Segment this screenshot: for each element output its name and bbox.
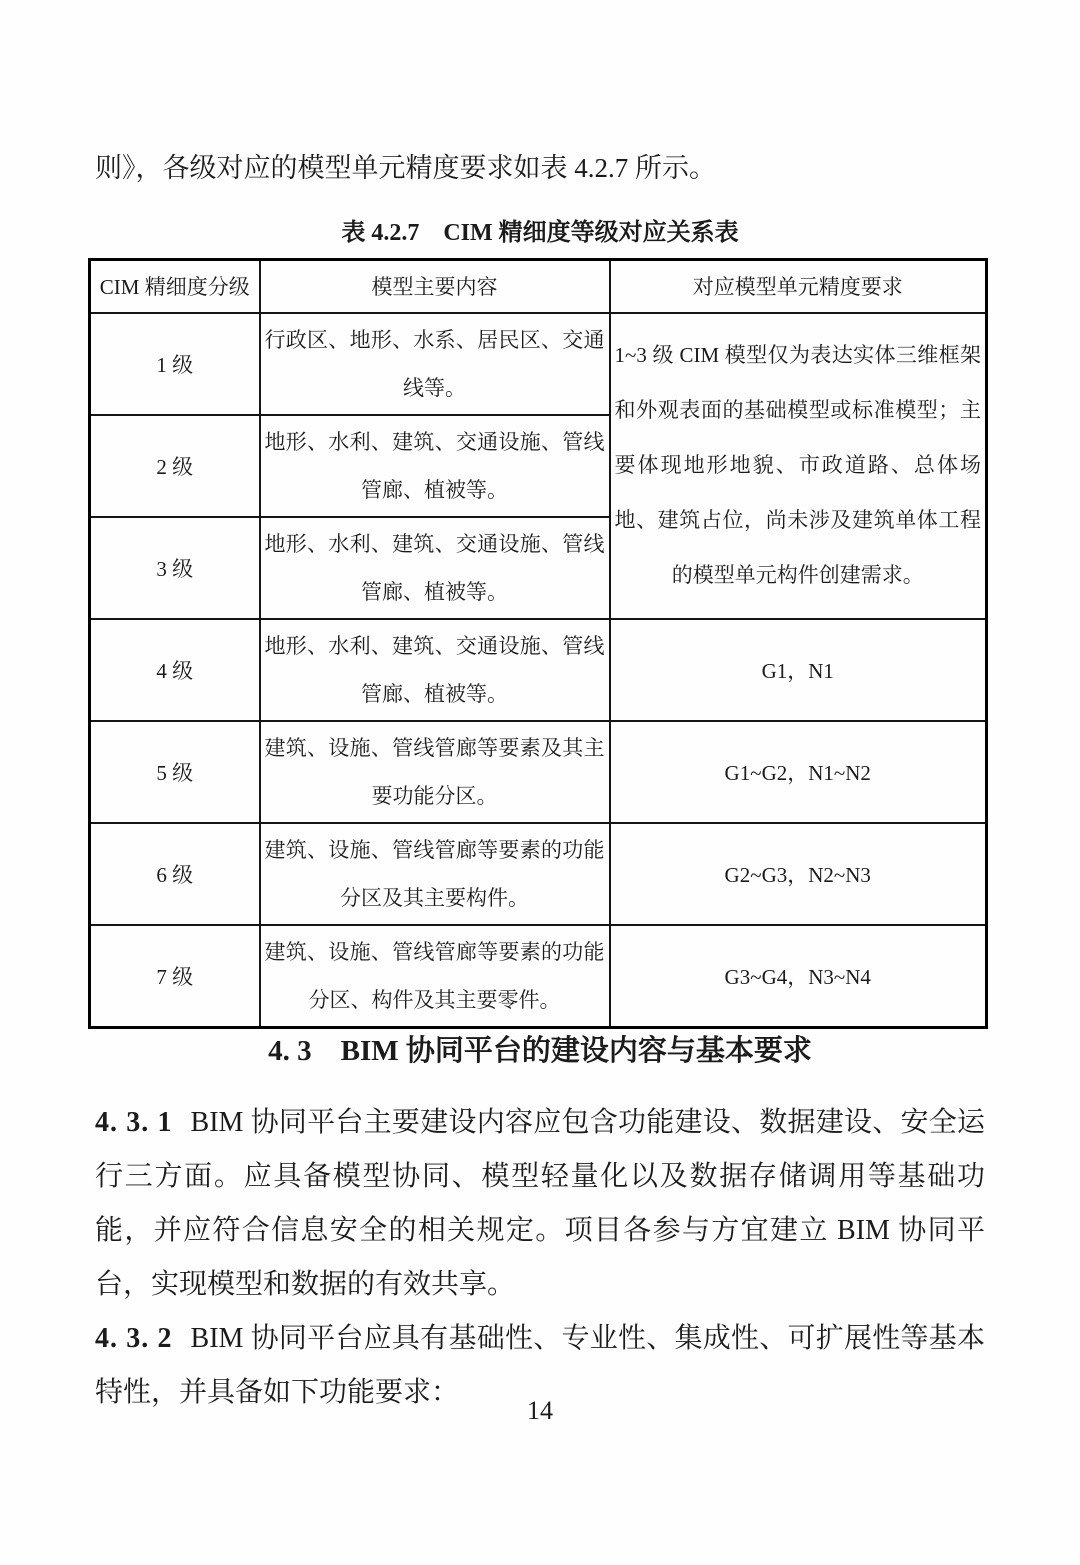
- merged-requirement-cell: 1~3 级 CIM 模型仅为表达实体三维框架和外观表面的基础模型或标准模型；主要…: [610, 313, 987, 619]
- requirement-cell: G3~G4，N3~N4: [610, 925, 987, 1028]
- content-cell: 地形、水利、建筑、交通设施、管线管廊、植被等。: [260, 415, 610, 517]
- table-row-level-7: 7 级 建筑、设施、管线管廊等要素的功能分区、构件及其主要零件。 G3~G4，N…: [90, 925, 987, 1028]
- document-page: 则》，各级对应的模型单元精度要求如表 4.2.7 所示。 表 4.2.7 CIM…: [0, 0, 1080, 1565]
- paragraph-number: 4. 3. 2: [95, 1323, 191, 1354]
- paragraph-4-3-1: 4. 3. 1BIM 协同平台主要建设内容应包含功能建设、数据建设、安全运行三方…: [95, 1096, 985, 1312]
- content-cell: 建筑、设施、管线管廊等要素的功能分区及其主要构件。: [260, 823, 610, 925]
- content-cell: 行政区、地形、水系、居民区、交通线等。: [260, 313, 610, 415]
- content-cell: 地形、水利、建筑、交通设施、管线管廊、植被等。: [260, 619, 610, 721]
- header-cell-content: 模型主要内容: [260, 260, 610, 313]
- header-cell-level: CIM 精细度分级: [90, 260, 260, 313]
- requirement-cell: G1，N1: [610, 619, 987, 721]
- page-number: 14: [0, 1396, 1080, 1426]
- section-heading: 4. 3 BIM 协同平台的建设内容与基本要求: [0, 1028, 1080, 1069]
- requirement-cell: G2~G3，N2~N3: [610, 823, 987, 925]
- level-cell: 7 级: [90, 925, 260, 1028]
- table-header-row: CIM 精细度分级 模型主要内容 对应模型单元精度要求: [90, 260, 987, 313]
- body-text-block: 4. 3. 1BIM 协同平台主要建设内容应包含功能建设、数据建设、安全运行三方…: [95, 1096, 985, 1420]
- level-cell: 6 级: [90, 823, 260, 925]
- table-row-level-5: 5 级 建筑、设施、管线管廊等要素及其主要功能分区。 G1~G2，N1~N2: [90, 721, 987, 823]
- content-cell: 地形、水利、建筑、交通设施、管线管廊、植被等。: [260, 517, 610, 619]
- level-cell: 5 级: [90, 721, 260, 823]
- level-cell: 3 级: [90, 517, 260, 619]
- level-cell: 4 级: [90, 619, 260, 721]
- content-cell: 建筑、设施、管线管廊等要素及其主要功能分区。: [260, 721, 610, 823]
- header-cell-requirement: 对应模型单元精度要求: [610, 260, 987, 313]
- table-row-level-1: 1 级 行政区、地形、水系、居民区、交通线等。 1~3 级 CIM 模型仅为表达…: [90, 313, 987, 415]
- content-cell: 建筑、设施、管线管廊等要素的功能分区、构件及其主要零件。: [260, 925, 610, 1028]
- table-title: 表 4.2.7 CIM 精细度等级对应关系表: [0, 212, 1080, 247]
- level-cell: 1 级: [90, 313, 260, 415]
- table-row-level-6: 6 级 建筑、设施、管线管廊等要素的功能分区及其主要构件。 G2~G3，N2~N…: [90, 823, 987, 925]
- paragraph-text: BIM 协同平台主要建设内容应包含功能建设、数据建设、安全运行三方面。应具备模型…: [95, 1107, 985, 1300]
- requirement-cell: G1~G2，N1~N2: [610, 721, 987, 823]
- cim-table: CIM 精细度分级 模型主要内容 对应模型单元精度要求 1 级 行政区、地形、水…: [88, 258, 988, 1029]
- paragraph-number: 4. 3. 1: [95, 1107, 191, 1138]
- intro-text: 则》，各级对应的模型单元精度要求如表 4.2.7 所示。: [95, 150, 1002, 186]
- table-row-level-4: 4 级 地形、水利、建筑、交通设施、管线管廊、植被等。 G1，N1: [90, 619, 987, 721]
- level-cell: 2 级: [90, 415, 260, 517]
